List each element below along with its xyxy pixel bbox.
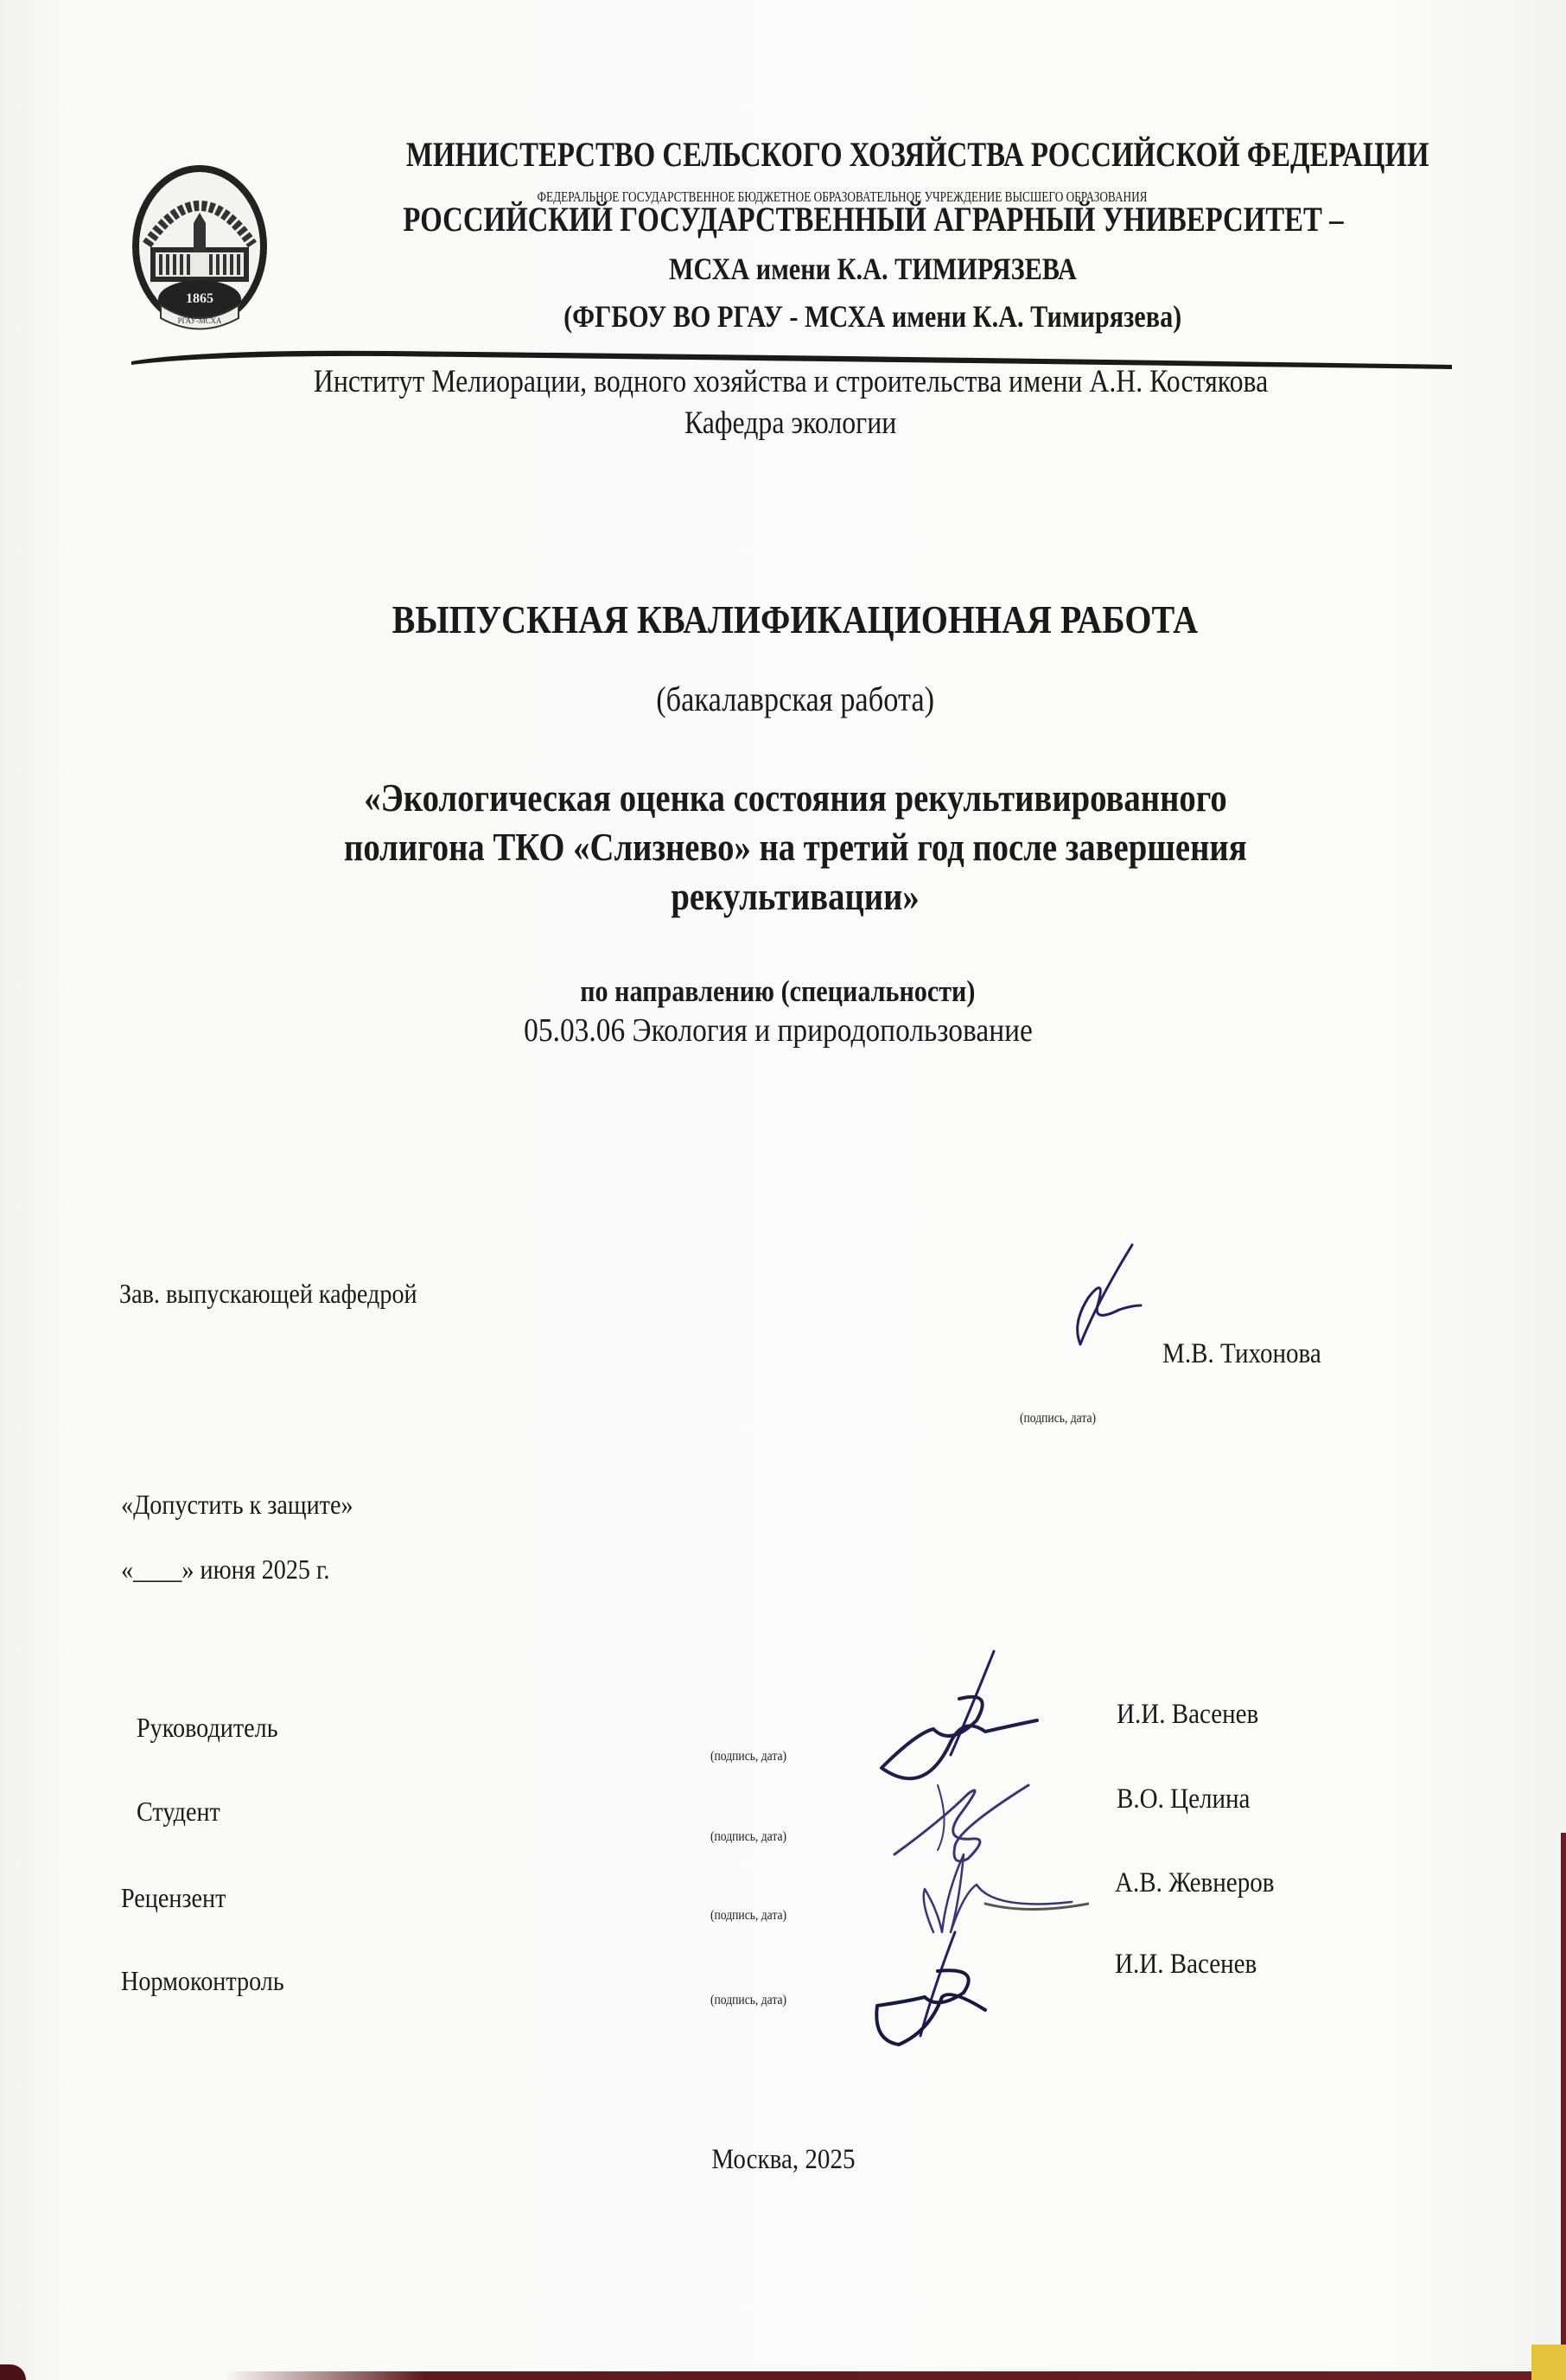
- direction-label: по направлению (специальности): [389, 974, 1167, 1009]
- signatory-name-reviewer: А.В. Жевнеров: [1115, 1867, 1296, 1899]
- admission-label: «Допустить к защите»: [121, 1489, 385, 1521]
- document-title: ВЫПУСКНАЯ КВАЛИФИКАЦИОННАЯ РАБОТА: [173, 597, 1417, 642]
- head-of-department-name: М.В. Тихонова: [1162, 1338, 1343, 1370]
- direction-value: 05.03.06 Экология и природопользование: [346, 1011, 1210, 1050]
- signatory-role-supervisor: Руководитель: [137, 1712, 297, 1744]
- signatory-name-supervisor: И.И. Васенев: [1117, 1699, 1278, 1731]
- signature-reviewer: [899, 1850, 1089, 1937]
- signatory-caption-normcontrol: (подпись, дата): [710, 1993, 800, 2008]
- signatory-caption-reviewer: (подпись, дата): [710, 1908, 800, 1924]
- emblem-year: 1865: [186, 291, 213, 306]
- signatory-name-student: В.О. Целина: [1117, 1783, 1269, 1815]
- signatory-name-normcontrol: И.И. Васенев: [1115, 1949, 1276, 1981]
- city-year: Москва, 2025: [0, 2144, 1566, 2176]
- thesis-topic: «Экологическая оценка состояния рекульти…: [147, 774, 1443, 922]
- document-page: 1865 РГАУ-МСХА МИНИСТЕРСТВО СЕЛЬСКОГО ХО…: [0, 0, 1566, 2380]
- signature-normcontrol: [856, 1928, 1054, 2049]
- topic-line: полигона ТКО «Слизнево» на третий год по…: [344, 823, 1247, 872]
- binding-edge-bottom: [225, 2371, 1564, 2380]
- signatory-role-reviewer: Рецензент: [121, 1882, 240, 1914]
- ministry-name: МИНИСТЕРСТВО СЕЛЬСКОГО ХОЗЯЙСТВА РОССИЙС…: [294, 134, 1452, 175]
- admission-date: «____» июня 2025 г.: [121, 1554, 358, 1586]
- binding-edge-right: [1561, 1833, 1566, 2380]
- institute-name: Институт Мелиорации, водного хозяйства и…: [130, 363, 1452, 400]
- signatory-caption-supervisor: (подпись, дата): [710, 1749, 800, 1764]
- topic-line: рекультивации»: [671, 872, 919, 922]
- university-name-line1: РОССИЙСКИЙ ГОСУДАРСТВЕННЫЙ АГРАРНЫЙ УНИВ…: [294, 199, 1452, 239]
- university-emblem-icon: 1865 РГАУ-МСХА: [130, 163, 270, 331]
- emblem-ribbon-text: РГАУ-МСХА: [177, 316, 222, 325]
- department-name: Кафедра экологии: [130, 405, 1452, 442]
- signatory-role-student: Студент: [137, 1796, 232, 1828]
- university-name-line2: МСХА имени К.А. ТИМИРЯЗЕВА: [294, 251, 1452, 287]
- signatory-caption-student: (подпись, дата): [710, 1829, 800, 1845]
- document-subtitle: (бакалаврская работа): [173, 679, 1417, 719]
- university-short-name: (ФГБОУ ВО РГАУ - МСХА имени К.А. Тимиряз…: [294, 298, 1452, 335]
- head-of-department-caption: (подпись, дата): [1020, 1411, 1110, 1426]
- topic-line: «Экологическая оценка состояния рекульти…: [364, 774, 1226, 823]
- signature-head-of-department: [994, 1241, 1167, 1353]
- binding-corner-gold: [1531, 2345, 1566, 2380]
- head-of-department-label: Зав. выпускающей кафедрой: [119, 1278, 458, 1310]
- signature-supervisor: [864, 1647, 1072, 1785]
- signatory-role-normcontrol: Нормоконтроль: [121, 1965, 306, 1997]
- binding-edge-corner-left: [0, 2364, 26, 2380]
